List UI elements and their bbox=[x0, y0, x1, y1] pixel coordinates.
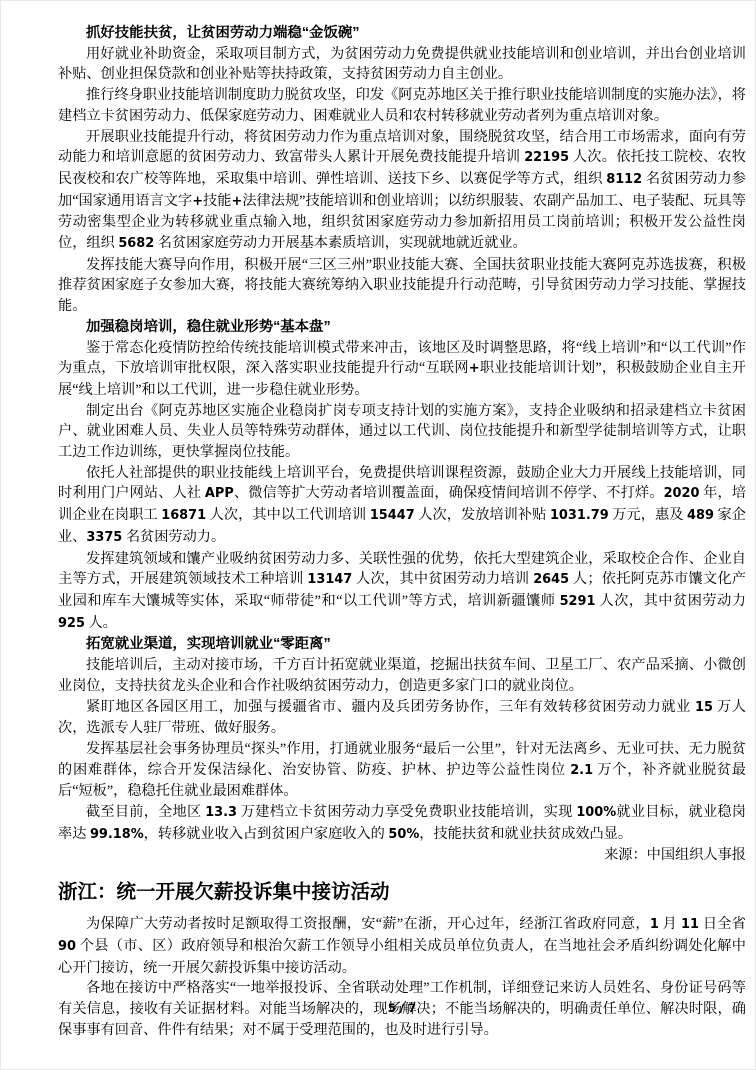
document-page: 抓好技能扶贫，让贫困劳动力端稳“金饭碗”用好就业补助资金，采取项目制方式，为贫困… bbox=[0, 0, 756, 1070]
section-title: 浙江：统一开展欠薪投诉集中接访活动 bbox=[58, 879, 746, 905]
document-content: 抓好技能扶贫，让贫困劳动力端稳“金饭碗”用好就业补助资金，采取项目制方式，为贫困… bbox=[58, 23, 746, 1040]
paragraph: 发挥基层社会事务协理员“探头”作用，打通就业服务“最后一公里”，针对无法离乡、无… bbox=[58, 739, 746, 802]
paragraph: 为保障广大劳动者按时足额取得工资报酬，安“薪”在浙，开心过年，经浙江省政府同意，… bbox=[58, 914, 746, 978]
paragraph: 截至目前，全地区 13.3 万建档立卡贫困劳动力享受免费职业技能培训，实现 10… bbox=[58, 802, 746, 845]
paragraph: 开展职业技能提升行动，将贫困劳动力作为重点培训对象，围绕脱贫攻坚，结合用工市场需… bbox=[58, 127, 746, 255]
paragraph: 依托人社部提供的职业技能线上培训平台，免费提供培训课程资源，鼓励企业大力开展线上… bbox=[58, 463, 746, 549]
paragraph: 鉴于常态化疫情防控给传统技能培训模式带来冲击，该地区及时调整思路，将“线上培训”… bbox=[58, 338, 746, 401]
paragraph: 发挥技能大赛导向作用，积极开展“三区三州”职业技能大赛、全国扶贫职业技能大赛阿克… bbox=[58, 255, 746, 317]
paragraph: 推行终身职业技能培训制度助力脱贫攻坚，印发《阿克苏地区关于推行职业技能培训制度的… bbox=[58, 85, 746, 126]
paragraph: 发挥建筑领域和馕产业吸纳贫困劳动力多、关联性强的优势，依托大型建筑企业，采取校企… bbox=[58, 549, 746, 635]
source-line: 来源：中国组织人事报 bbox=[58, 845, 746, 866]
paragraph: 用好就业补助资金，采取项目制方式，为贫困劳动力免费提供就业技能培训和创业培训，并… bbox=[58, 44, 746, 85]
paragraph: 制定出台《阿克苏地区实施企业稳岗扩岗专项支持计划的实施方案》，支持企业吸纳和招录… bbox=[58, 401, 746, 463]
page-number: 5 / 7 bbox=[58, 1001, 746, 1015]
paragraph: 紧盯地区各园区用工，加强与援疆省市、疆内及兵团劳务协作，三年有效转移贫困劳动力就… bbox=[58, 697, 746, 739]
sub-heading: 抓好技能扶贫，让贫困劳动力端稳“金饭碗” bbox=[58, 23, 746, 44]
sub-heading: 拓宽就业渠道，实现培训就业“零距离” bbox=[58, 634, 746, 655]
paragraph: 技能培训后，主动对接市场，千方百计拓宽就业渠道，挖掘出扶贫车间、卫星工厂、农产品… bbox=[58, 655, 746, 696]
sub-heading: 加强稳岗培训，稳住就业形势“基本盘” bbox=[58, 317, 746, 338]
